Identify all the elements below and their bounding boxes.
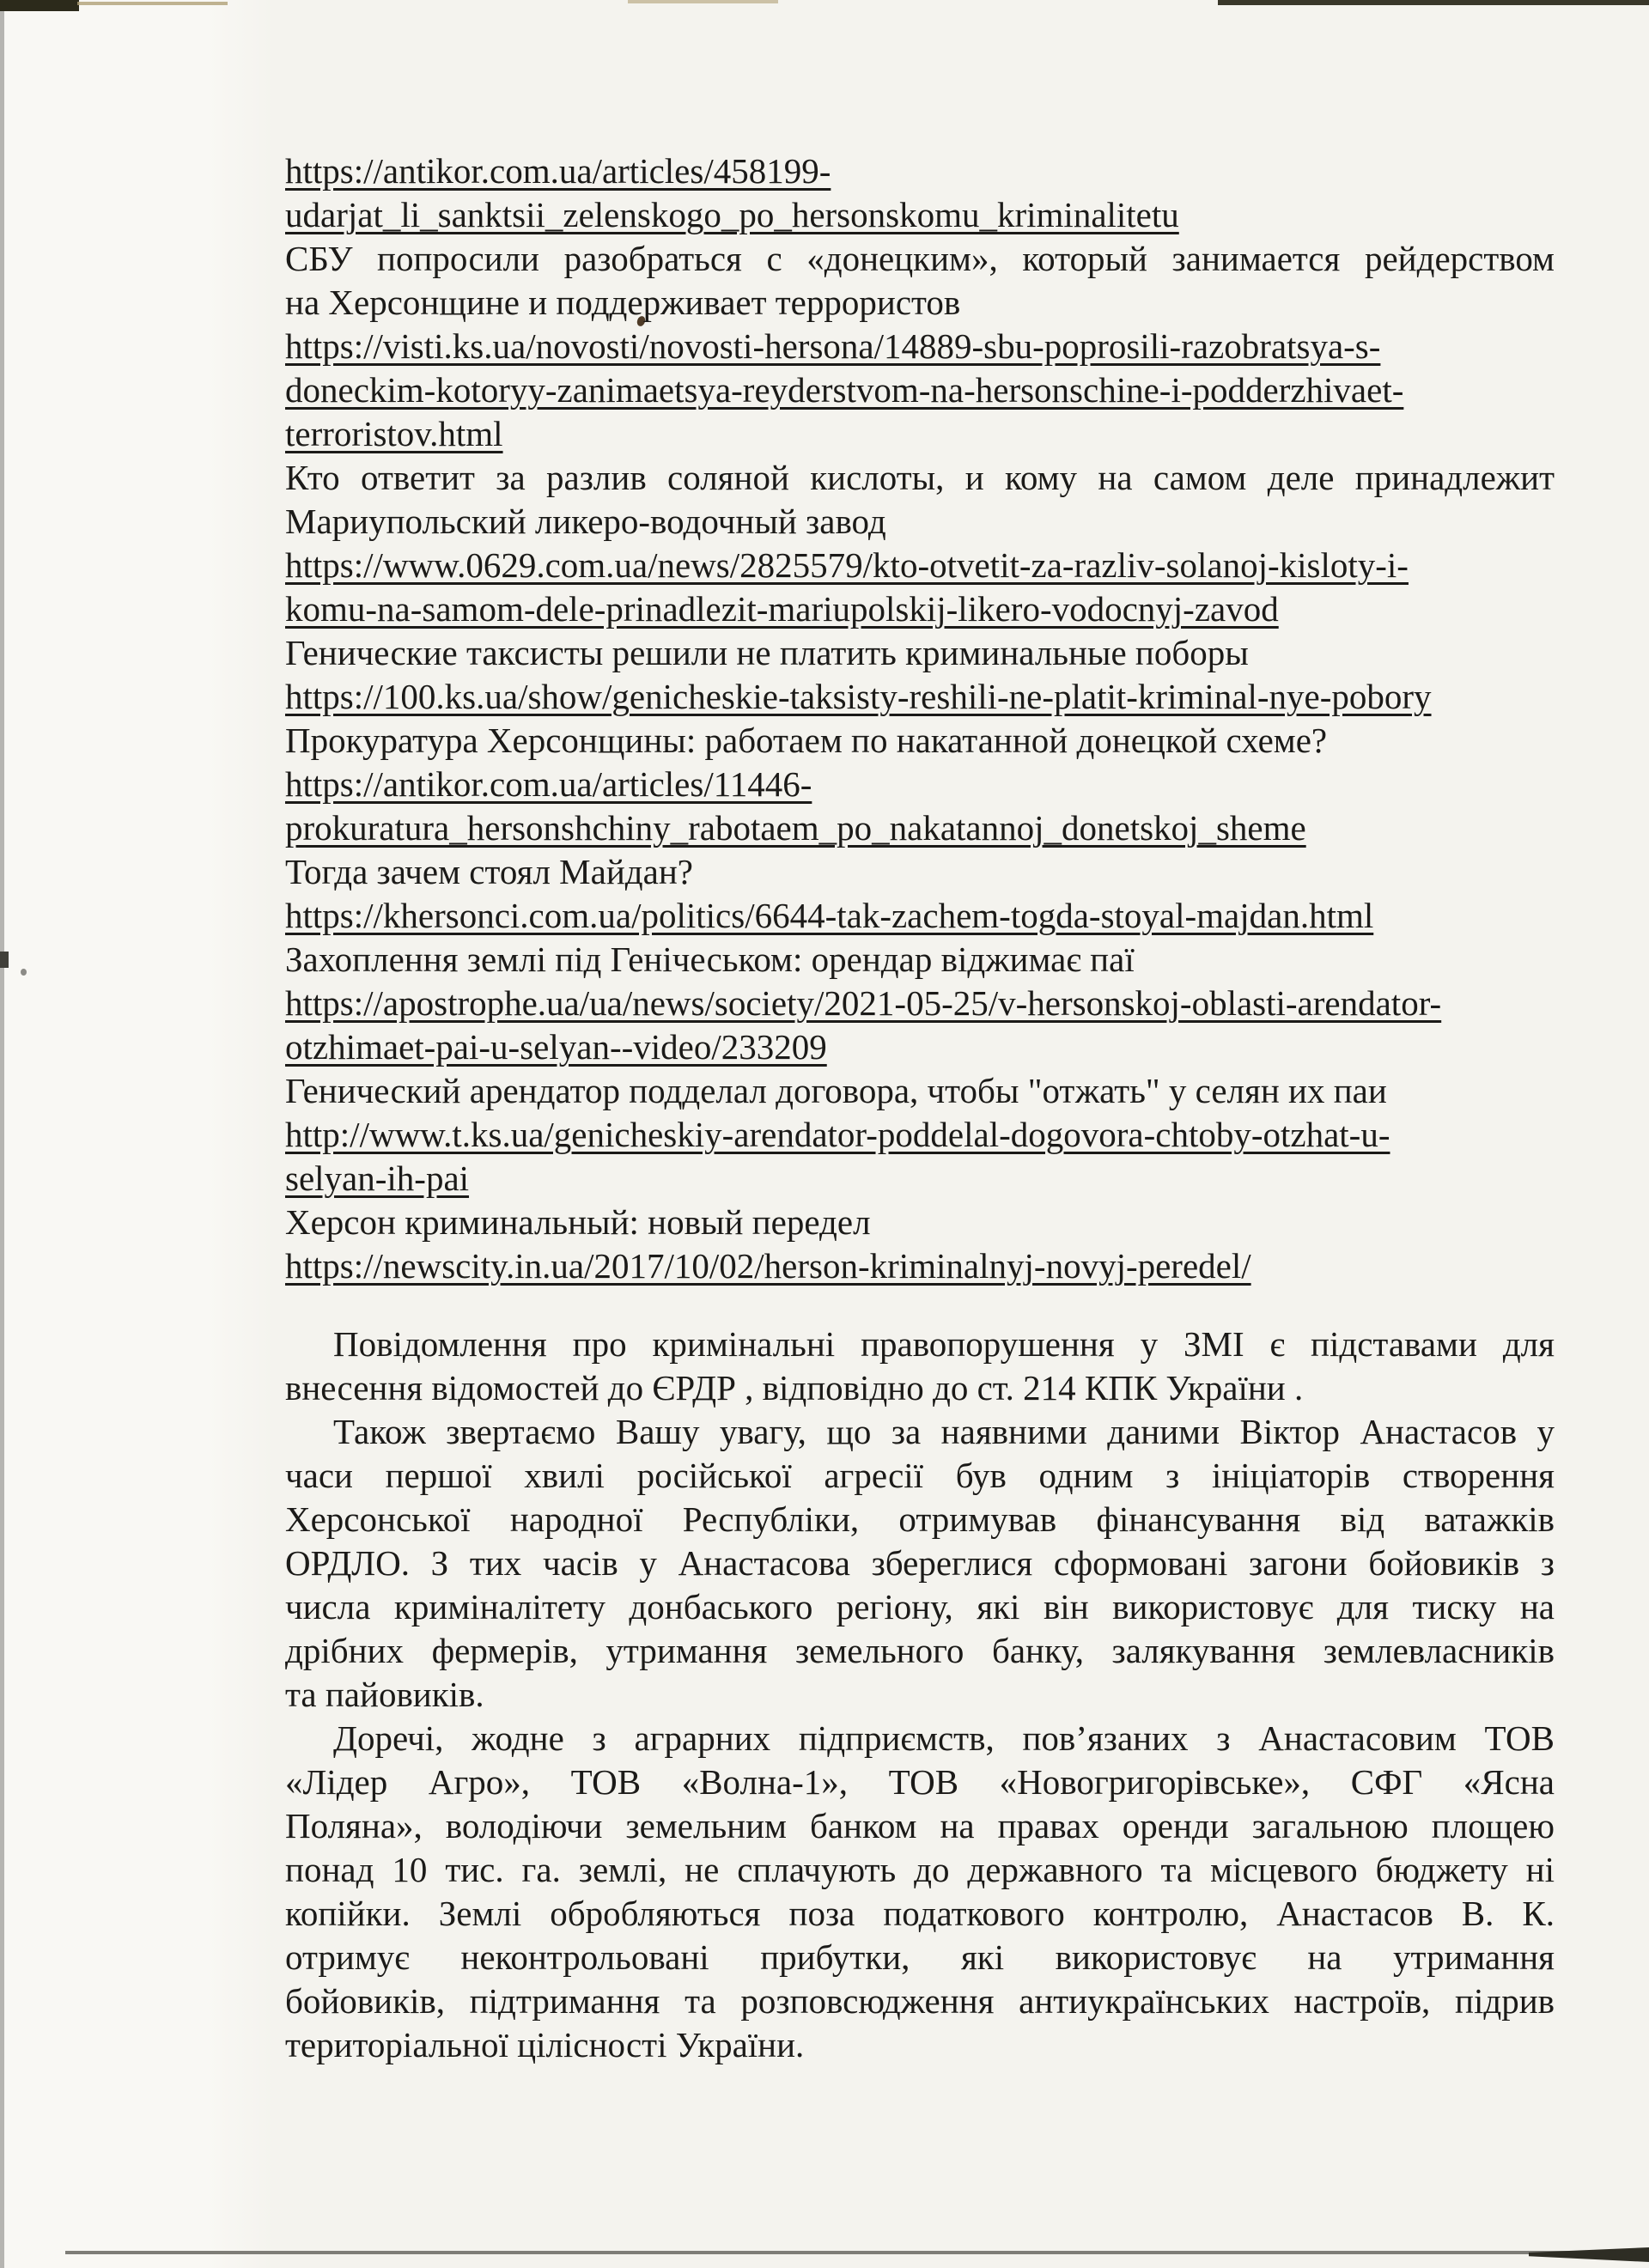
url-line: https://khersonci.com.ua/politics/6644-t… xyxy=(285,894,1555,938)
scan-line-top-center xyxy=(628,0,778,3)
url-line: https://antikor.com.ua/articles/458199- xyxy=(285,149,1555,193)
line-text: на Херсонщине и поддерживает террористов xyxy=(285,283,960,322)
text-line: Мариупольский ликеро-водочный завод xyxy=(285,500,1555,544)
line-text: https://antikor.com.ua/articles/458199- xyxy=(285,151,831,191)
line-text: внесення відомостей до ЄРДР , відповідно… xyxy=(285,1368,1303,1408)
line-text: Мариупольский ликеро-водочный завод xyxy=(285,502,886,541)
line-text: prokuratura_hersonshchiny_rabotaem_po_na… xyxy=(285,808,1306,848)
line-text: komu-na-samom-dele-prinadlezit-mariupols… xyxy=(285,589,1279,629)
text-line: Доречі, жодне з аграрних підприємств, по… xyxy=(285,1717,1555,1760)
text-line: понад 10 тис. га. землі, не сплачують до… xyxy=(285,1848,1555,1892)
text-line: часи першої хвилі російської агресії був… xyxy=(285,1454,1555,1498)
line-text: Захоплення землі під Генічеськом: оренда… xyxy=(285,939,1135,979)
line-text: doneckim-kotoryy-zanimaetsya-reyderstvom… xyxy=(285,370,1403,410)
url-line: selyan-ih-pai xyxy=(285,1157,1555,1201)
line-text: бойовиків, підтримання та розповсюдження… xyxy=(285,1981,1555,2021)
url-line: prokuratura_hersonshchiny_rabotaem_po_na… xyxy=(285,806,1555,850)
line-text: СБУ попросили разобраться с «донецким», … xyxy=(285,239,1555,278)
text-line: та пайовиків. xyxy=(285,1673,1555,1717)
text-line: Херсон криминальный: новый передел xyxy=(285,1201,1555,1244)
url-line: doneckim-kotoryy-zanimaetsya-reyderstvom… xyxy=(285,368,1555,412)
text-line: Генический арендатор подделал договора, … xyxy=(285,1069,1555,1113)
text-line: бойовиків, підтримання та розповсюдження… xyxy=(285,1979,1555,2023)
text-line: на Херсонщине и поддерживает террористов xyxy=(285,281,1555,325)
line-text: terroristov.html xyxy=(285,414,503,453)
line-text: часи першої хвилі російської агресії був… xyxy=(285,1456,1555,1495)
url-line: https://antikor.com.ua/articles/11446- xyxy=(285,763,1555,806)
scan-dot-left xyxy=(21,969,27,976)
line-text: Херсон криминальный: новый передел xyxy=(285,1202,871,1242)
text-line: ОРДЛО. З тих часів у Анастасова зберегли… xyxy=(285,1541,1555,1585)
text-line: Також звертаємо Вашу увагу, що за наявни… xyxy=(285,1410,1555,1454)
url-line: otzhimaet-pai-u-selyan--video/233209 xyxy=(285,1025,1555,1069)
line-text: ОРДЛО. З тих часів у Анастасова зберегли… xyxy=(285,1543,1555,1583)
text-line: числа криміналітету донбаського регіону,… xyxy=(285,1585,1555,1629)
text-line: копійки. Землі обробляються поза податко… xyxy=(285,1892,1555,1936)
line-text: https://100.ks.ua/show/genicheskie-taksi… xyxy=(285,677,1432,716)
scanned-page: https://antikor.com.ua/articles/458199-u… xyxy=(0,0,1649,2268)
line-text: Генические таксисты решили не платить кр… xyxy=(285,633,1249,672)
line-text: Прокуратура Херсонщины: работаем по нака… xyxy=(285,721,1327,760)
line-text: Херсонської народної Республіки, отримув… xyxy=(285,1499,1555,1539)
text-line: територіальної цілісності України. xyxy=(285,2023,1555,2067)
scan-edge-left xyxy=(0,0,4,2268)
line-text: Поляна», володіючи земельним банком на п… xyxy=(285,1806,1555,1845)
line-text: дрібних фермерів, утримання земельного б… xyxy=(285,1631,1555,1670)
scan-shadow-wedge xyxy=(1529,2247,1649,2262)
line-text: та пайовиків. xyxy=(285,1675,484,1714)
line-text: отримує неконтрольовані прибутки, які ви… xyxy=(285,1937,1555,1977)
line-text: https://visti.ks.ua/novosti/novosti-hers… xyxy=(285,326,1380,366)
text-line: Прокуратура Херсонщины: работаем по нака… xyxy=(285,719,1555,763)
line-text: https://apostrophe.ua/ua/news/society/20… xyxy=(285,983,1441,1023)
line-text: Доречі, жодне з аграрних підприємств, по… xyxy=(333,1718,1555,1758)
line-text: https://antikor.com.ua/articles/11446- xyxy=(285,764,812,804)
scan-shadow-bottom-line xyxy=(65,2251,1649,2254)
line-text: http://www.t.ks.ua/genicheskiy-arendator… xyxy=(285,1115,1390,1154)
url-line: https://newscity.in.ua/2017/10/02/herson… xyxy=(285,1244,1555,1288)
line-text: https://newscity.in.ua/2017/10/02/herson… xyxy=(285,1246,1251,1286)
text-line: СБУ попросили разобраться с «донецким», … xyxy=(285,237,1555,281)
text-line: Генические таксисты решили не платить кр… xyxy=(285,631,1555,675)
line-text: otzhimaet-pai-u-selyan--video/233209 xyxy=(285,1027,827,1067)
url-line: https://apostrophe.ua/ua/news/society/20… xyxy=(285,982,1555,1025)
text-line: Захоплення землі під Генічеськом: оренда… xyxy=(285,938,1555,982)
line-text: Генический арендатор подделал договора, … xyxy=(285,1071,1387,1110)
line-text: понад 10 тис. га. землі, не сплачують до… xyxy=(285,1850,1555,1889)
scan-notch-left xyxy=(0,952,9,968)
text-line: Херсонської народної Республіки, отримув… xyxy=(285,1498,1555,1541)
scan-strip-top-left xyxy=(0,0,79,11)
line-text: «Лідер Агро», ТОВ «Волна-1», ТОВ «Новогр… xyxy=(285,1762,1555,1802)
line-text: https://www.0629.com.ua/news/2825579/kto… xyxy=(285,545,1409,585)
text-line: дрібних фермерів, утримання земельного б… xyxy=(285,1629,1555,1673)
line-text: Тогда зачем стоял Майдан? xyxy=(285,852,693,891)
document-content: https://antikor.com.ua/articles/458199-u… xyxy=(285,149,1555,2067)
line-text: selyan-ih-pai xyxy=(285,1158,469,1198)
url-line: udarjat_li_sanktsii_zelenskogo_po_herson… xyxy=(285,193,1555,237)
url-line: http://www.t.ks.ua/genicheskiy-arendator… xyxy=(285,1113,1555,1157)
scan-line-top-right xyxy=(1218,0,1649,5)
text-line: внесення відомостей до ЄРДР , відповідно… xyxy=(285,1366,1555,1410)
line-text: числа криміналітету донбаського регіону,… xyxy=(285,1587,1555,1627)
url-line: https://100.ks.ua/show/genicheskie-taksi… xyxy=(285,675,1555,719)
line-text: копійки. Землі обробляються поза податко… xyxy=(285,1894,1555,1933)
text-line: «Лідер Агро», ТОВ «Волна-1», ТОВ «Новогр… xyxy=(285,1760,1555,1804)
line-text: https://khersonci.com.ua/politics/6644-t… xyxy=(285,896,1373,935)
text-line: Поляна», володіючи земельним банком на п… xyxy=(285,1804,1555,1848)
text-line: Кто ответит за разлив соляной кислоты, и… xyxy=(285,456,1555,500)
line-text: територіальної цілісності України. xyxy=(285,2025,804,2064)
line-text: Кто ответит за разлив соляной кислоты, и… xyxy=(285,458,1555,497)
line-text: Повідомлення про кримінальні правопоруше… xyxy=(333,1324,1555,1364)
url-line: https://visti.ks.ua/novosti/novosti-hers… xyxy=(285,325,1555,368)
line-text: udarjat_li_sanktsii_zelenskogo_po_herson… xyxy=(285,195,1179,234)
line-text: Також звертаємо Вашу увагу, що за наявни… xyxy=(333,1412,1555,1451)
url-line: https://www.0629.com.ua/news/2825579/kto… xyxy=(285,544,1555,587)
text-line: Повідомлення про кримінальні правопоруше… xyxy=(285,1322,1555,1366)
url-line: terroristov.html xyxy=(285,412,1555,456)
text-line: отримує неконтрольовані прибутки, які ви… xyxy=(285,1936,1555,1979)
scan-line-top-tan xyxy=(77,2,228,5)
url-line: komu-na-samom-dele-prinadlezit-mariupols… xyxy=(285,587,1555,631)
text-line: Тогда зачем стоял Майдан? xyxy=(285,850,1555,894)
